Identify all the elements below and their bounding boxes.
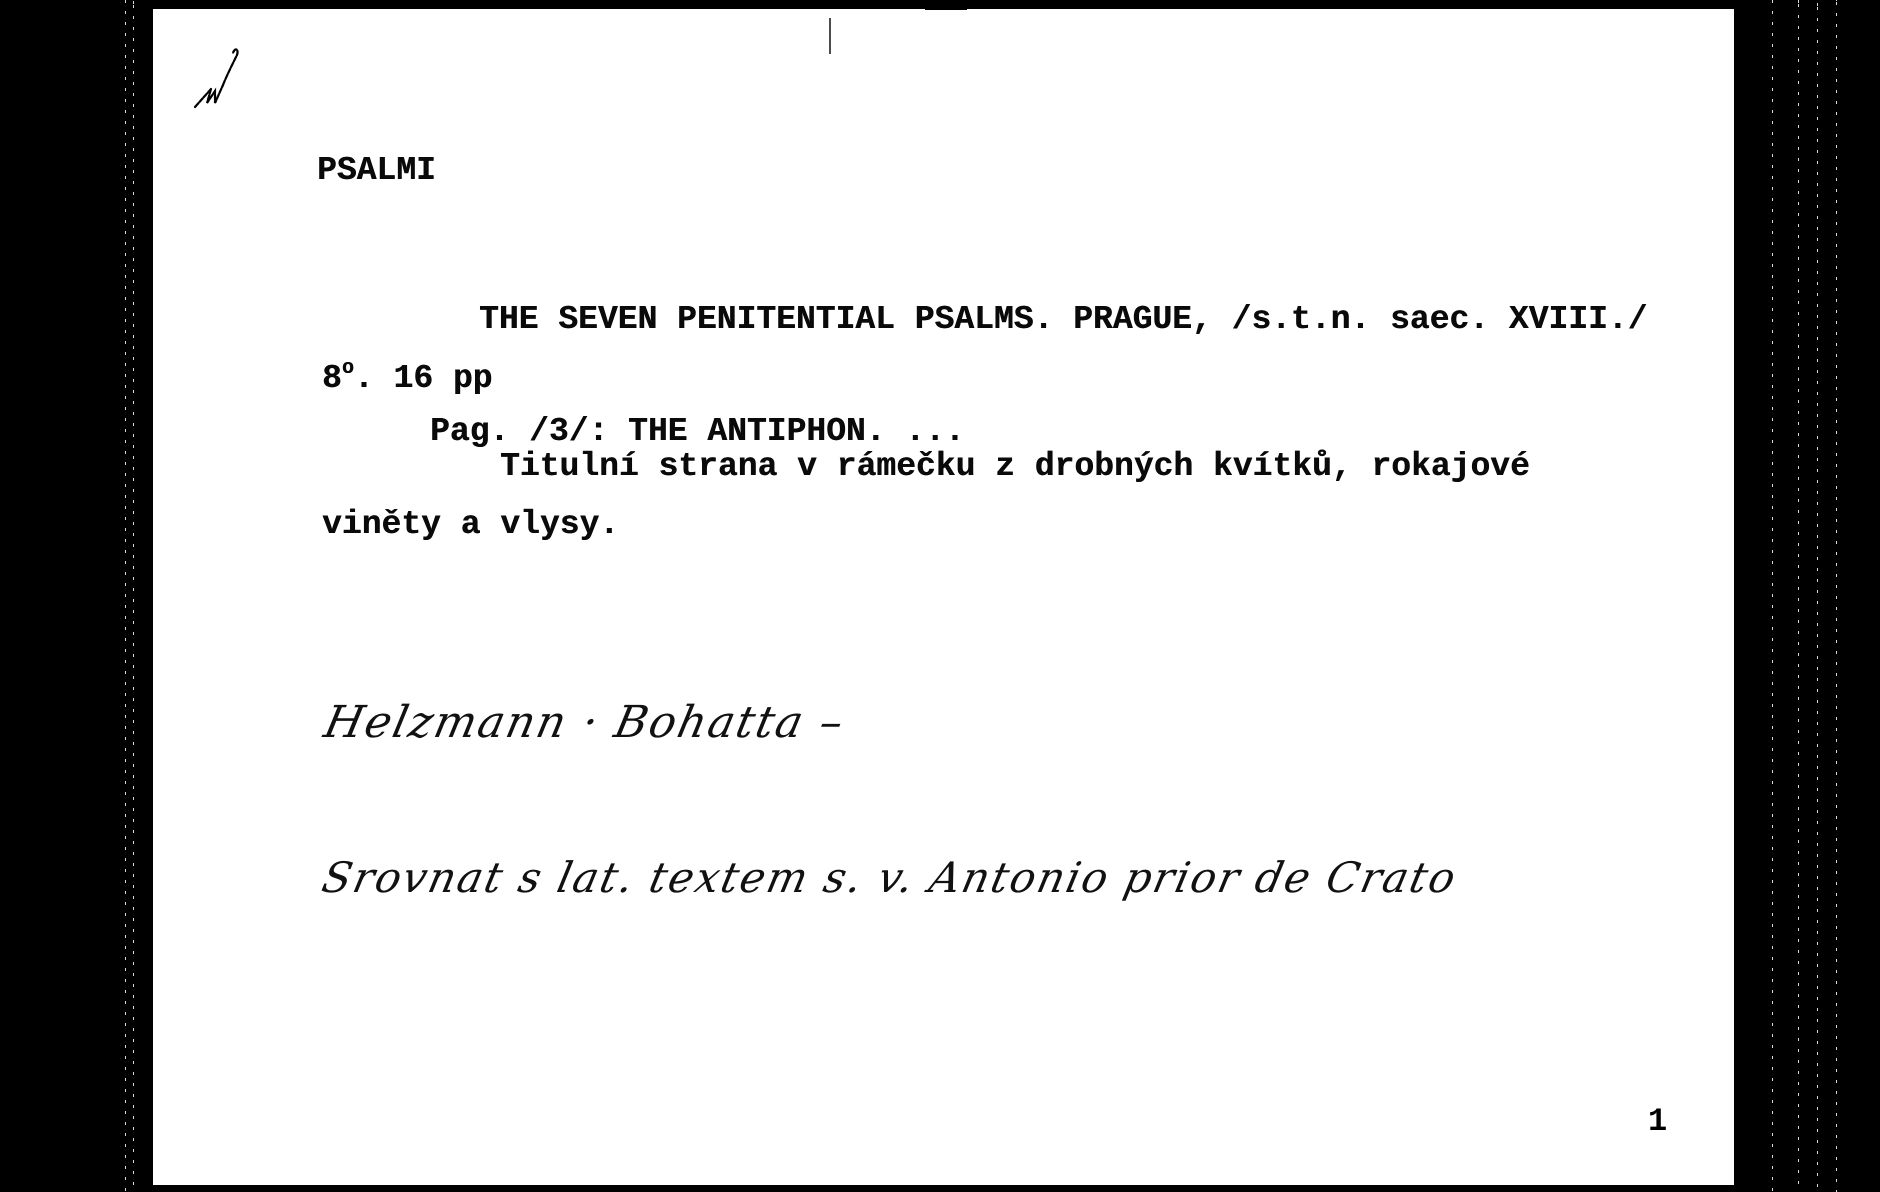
handwritten-corner-mark-icon <box>193 45 253 125</box>
scan-artifact-dash <box>925 8 967 10</box>
scan-dotted-line-right-4 <box>1836 0 1837 1192</box>
entry-note-line-1: Titulní strana v rámečku z drobných kvít… <box>500 450 1530 483</box>
card-number: 1 <box>1648 1103 1667 1140</box>
format-superscript: o <box>342 357 354 380</box>
handwritten-references: Helzmann · Bohatta – <box>320 701 849 745</box>
entry-pagination-line: Pag. /3/: THE ANTIPHON. ... <box>430 415 965 448</box>
catalog-card: PSALMI THE SEVEN PENITENTIAL PSALMS. PRA… <box>153 9 1734 1185</box>
format-rest: . 16 pp <box>354 360 493 397</box>
scan-border-left <box>0 0 153 1192</box>
scan-border-right <box>1734 0 1880 1192</box>
scan-dotted-line-left-1 <box>125 0 126 1192</box>
entry-format-line: 8o. 16 pp <box>322 359 492 395</box>
card-heading: PSALMI <box>317 154 436 187</box>
scan-dotted-line-right-2 <box>1798 0 1799 1192</box>
handwritten-remark: Srovnat s lat. textem s. v. Antonio prio… <box>319 857 1461 899</box>
entry-note-line-2: viněty a vlysy. <box>322 508 619 541</box>
scan-artifact-tick <box>829 18 831 54</box>
scan-dotted-line-right-3 <box>1817 0 1818 1192</box>
scan-dotted-line-left-2 <box>133 0 134 1192</box>
entry-title-line: THE SEVEN PENITENTIAL PSALMS. PRAGUE, /s… <box>479 303 1647 336</box>
format-number: 8 <box>322 360 342 397</box>
scan-dotted-line-right-1 <box>1772 0 1773 1192</box>
